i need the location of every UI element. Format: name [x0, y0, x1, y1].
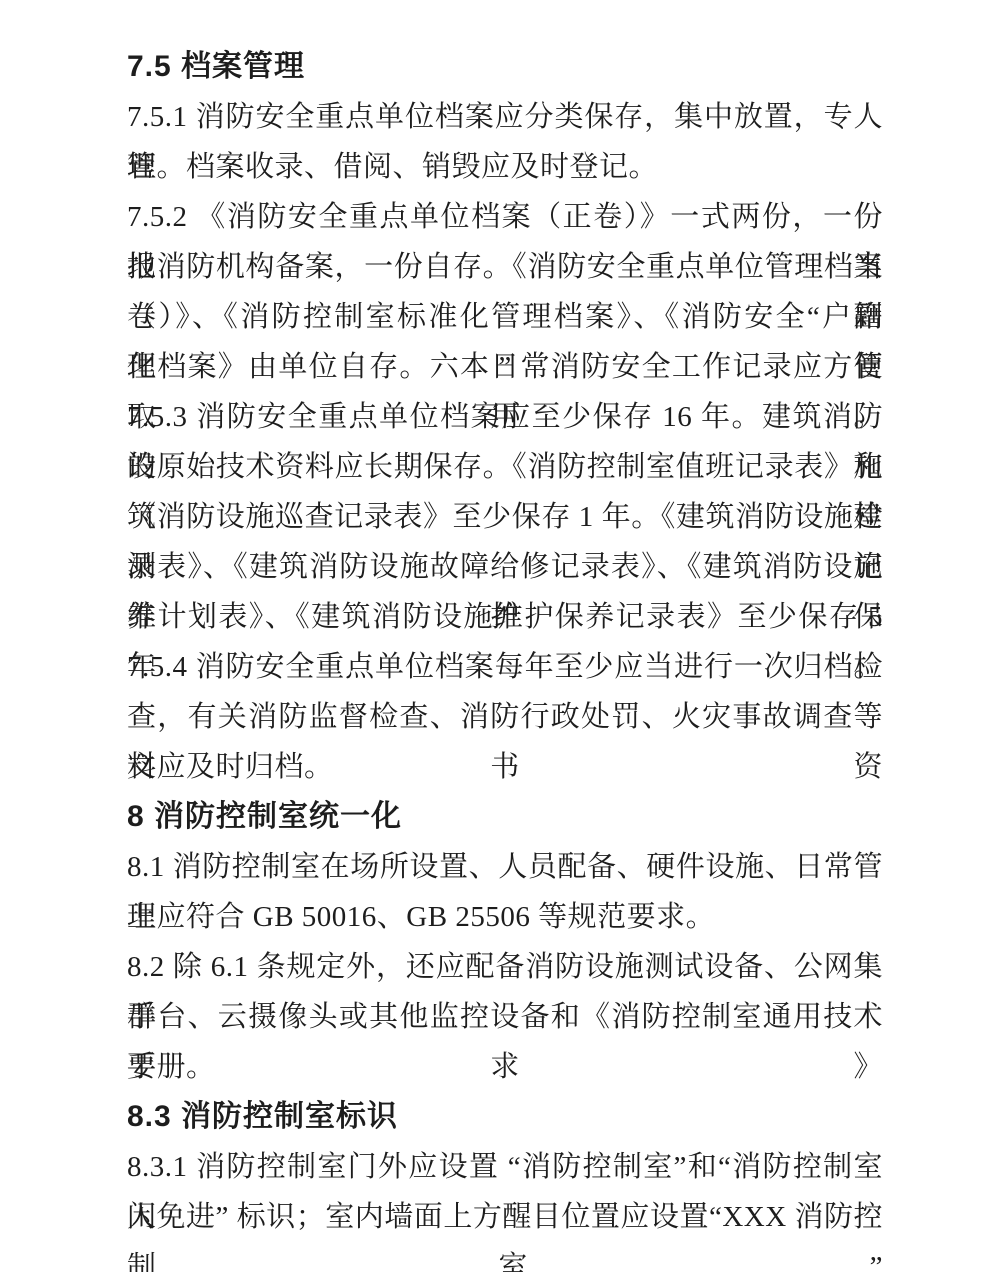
text-line: 7.5.1 消防安全重点单位档案应分类保存，集中放置，专人管: [127, 92, 883, 142]
text-line: 7.5.4 消防安全重点单位档案每年至少应当进行一次归档检: [127, 642, 883, 692]
text-line: 人免进” 标识；室内墙面上方醒目位置应设置“XXX 消防控制室”: [127, 1192, 883, 1242]
text-line: 养计划表》、《建筑消防设施维护保养记录表》至少保存 5 年。: [127, 592, 883, 642]
clause-7-5-1: 7.5.1 消防安全重点单位档案应分类保存，集中放置，专人管 理。档案收录、借阅…: [127, 92, 883, 192]
text-line: 7.5.2 《消防安全重点单位档案（正卷）》一式两份，一份报当: [127, 192, 883, 242]
section-heading-8: 8 消防控制室统一化: [127, 792, 883, 842]
text-line: 地消防机构备案，一份自存。《消防安全重点单位管理档案（副: [127, 242, 883, 292]
clause-8-2: 8.2 除 6.1 条规定外，还应配备消防设施测试设备、公网集群 手台、云摄像头…: [127, 942, 883, 1092]
clause-8-1: 8.1 消防控制室在场所设置、人员配备、硬件设施、日常管理 上应符合 GB 50…: [127, 842, 883, 942]
text-line: 理档案》由单位自存。六本日常消防安全工作记录应方便取用。: [127, 342, 883, 392]
clause-7-5-3: 7.5.3 消防安全重点单位档案应至少保存 16 年。建筑消防设施 的原始技术资…: [127, 392, 883, 642]
text-line: 理。档案收录、借阅、销毁应及时登记。: [127, 142, 883, 192]
section-heading-8-3: 8.3 消防控制室标识: [127, 1092, 883, 1142]
text-line: 8.1 消防控制室在场所设置、人员配备、硬件设施、日常管理: [127, 842, 883, 892]
text-line: 卷）》、《消防控制室标准化管理档案》、《消防安全“户籍化”管: [127, 292, 883, 342]
document-page: 7.5 档案管理 7.5.1 消防安全重点单位档案应分类保存，集中放置，专人管 …: [0, 0, 1000, 1272]
clause-7-5-2: 7.5.2 《消防安全重点单位档案（正卷）》一式两份，一份报当 地消防机构备案，…: [127, 192, 883, 392]
text-line: 7.5.3 消防安全重点单位档案应至少保存 16 年。建筑消防设施: [127, 392, 883, 442]
clause-7-5-4: 7.5.4 消防安全重点单位档案每年至少应当进行一次归档检 查，有关消防监督检查…: [127, 642, 883, 792]
text-line: 上应符合 GB 50016、GB 25506 等规范要求。: [127, 892, 883, 942]
text-line: 的原始技术资料应长期保存。《消防控制室值班记录表》和《建: [127, 442, 883, 492]
section-heading-7-5: 7.5 档案管理: [127, 42, 883, 92]
text-line: 8.2 除 6.1 条规定外，还应配备消防设施测试设备、公网集群: [127, 942, 883, 992]
text-line: 查，有关消防监督检查、消防行政处罚、火灾事故调查等文书资: [127, 692, 883, 742]
text-line: 筑消防设施巡查记录表》至少保存 1 年。《建筑消防设施检测记: [127, 492, 883, 542]
clause-8-3-1: 8.3.1 消防控制室门外应设置 “消防控制室”和“消防控制室闲 人免进” 标识…: [127, 1142, 883, 1242]
text-line: 录表》、《建筑消防设施故障给修记录表》、《建筑消防设施维护保: [127, 542, 883, 592]
text-line: 8.3.1 消防控制室门外应设置 “消防控制室”和“消防控制室闲: [127, 1142, 883, 1192]
text-line: 手台、云摄像头或其他监控设备和《消防控制室通用技术要求》: [127, 992, 883, 1042]
